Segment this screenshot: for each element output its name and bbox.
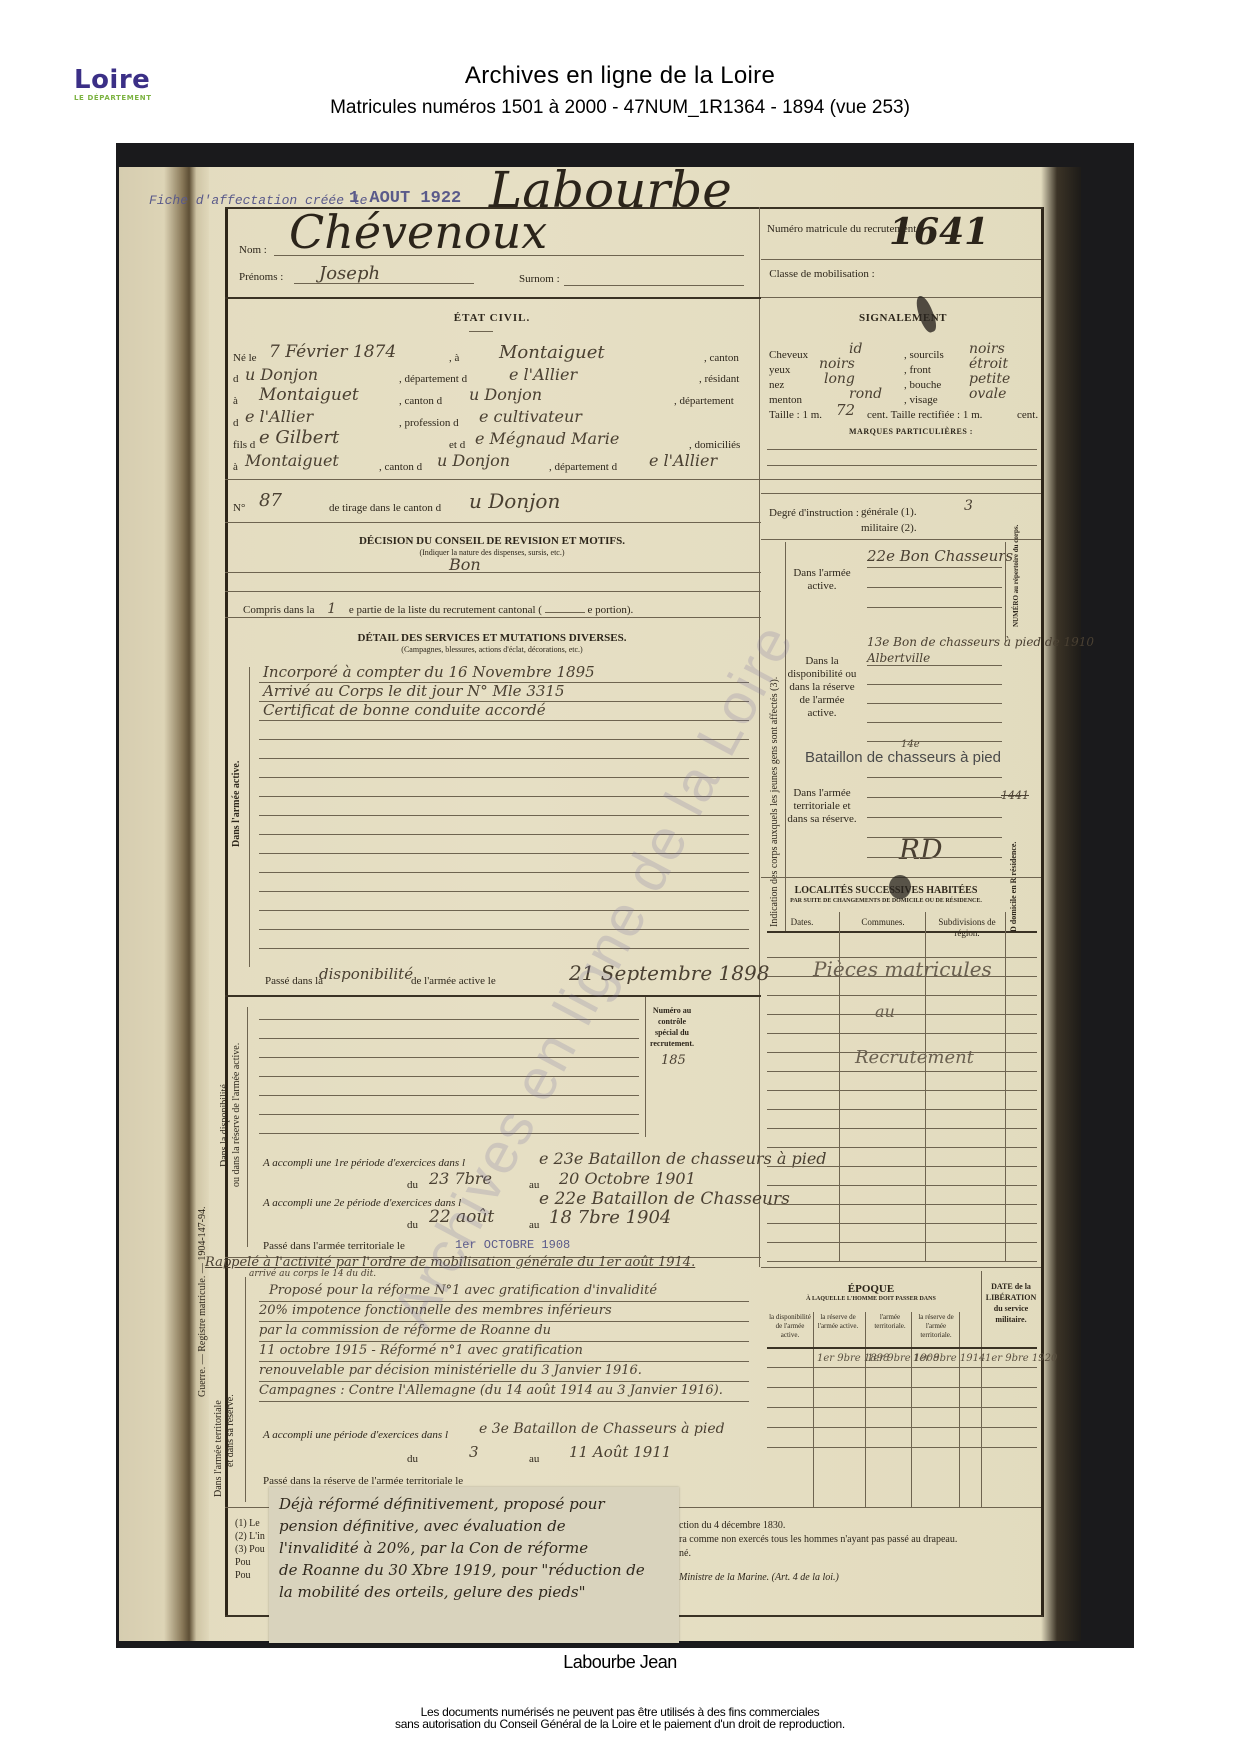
terr-rule [259,1361,749,1362]
passe-dispo-label-a: Passé dans la [265,975,323,987]
pasted-line: Déjà réformé définitivement, proposé pou… [279,1493,669,1515]
affectation-rule-line [867,837,1002,838]
profession-value: e cultivateur [479,407,582,426]
affectation-dispo-value-2: Albertville [867,651,930,665]
classe-rule [761,297,1041,298]
epoque-header-rule [767,1347,1037,1349]
epoque-heading: ÉPOQUE [761,1283,981,1295]
compris-label-a: Compris dans la [243,604,315,616]
affectation-rule-line [867,665,1002,666]
terr-periode-unit: e 3e Bataillon de Chasseurs à pied [479,1421,725,1437]
affectation-rule-line [867,607,1002,608]
page-gutter [119,167,209,1641]
numero-controle-label: Numéro au contrôle spécial du recrutemen… [647,1005,697,1049]
localites-note: au [875,1002,895,1021]
cent-label: cent. [1017,409,1038,421]
epoque-col-divider [865,1312,866,1507]
epoque-col-divider [911,1312,912,1507]
periode1-au: 20 Octobre 1901 [559,1169,696,1188]
affectation-dispo-value-1: 13e Bon de chasseurs à pied de 1910 [867,635,1094,649]
d2-label: d [233,417,239,429]
services-bracket [249,667,250,967]
footnote-right: Ministre de la Marine. (Art. 4 de la loi… [679,1571,957,1585]
epoque-subheading: À LAQUELLE L'HOMME DOIT PASSER DANS [761,1296,981,1302]
frame-right [1041,207,1044,1617]
affectation-rule-line [867,684,1002,685]
localites-row [767,1071,1037,1072]
territoriale-label: Passé dans l'armée territoriale le [263,1240,405,1252]
numero-repertoire-label: NUMÉRO au répertoire du corps. [1012,525,1020,627]
taille-rect-label: cent. Taille rectifiée : 1 m. [867,409,982,421]
numero-controle-value: 185 [661,1053,686,1068]
visage-value: ovale [969,386,1006,402]
footnote-right: né. [679,1547,957,1561]
service-rule [259,929,749,930]
classe-label: Classe de mobilisation : [767,268,877,281]
a3-label: à [233,461,238,473]
a2-value: Montaiguet [259,385,359,405]
menton-label: menton [769,394,802,406]
ne-a-value: Montaiguet [499,342,605,363]
terr-periode-du: 3 [469,1443,479,1461]
page-title: Archives en ligne de la Loire [0,62,1240,90]
footnote: (3) Pou [235,1543,265,1556]
periode2-unit: e 22e Bataillon de Chasseurs [539,1189,790,1209]
affectation-terr-num: 1441 [1001,789,1029,802]
localites-col-header: D domicile en R résidence. [1009,842,1018,932]
affectation-rule-line [867,703,1002,704]
taille-label: Taille : 1 m. [769,409,822,421]
localites-note: Recrutement [855,1047,974,1068]
image-caption: Labourbe Jean [0,1652,1240,1673]
matricule-rule [761,259,1041,260]
decision-rule-1 [225,572,761,573]
affectation-rule-line [867,587,1002,588]
localites-note: Pièces matricules [813,957,992,981]
periode1-label: A accompli une 1re période d'exercices d… [263,1157,465,1169]
compris-portion [545,612,585,613]
d1-label: d [233,373,239,385]
terr-line: Campagnes : Contre l'Allemagne (du 14 ao… [259,1383,723,1398]
service-line: Arrivé au Corps le dit jour N° Mle 3315 [263,682,565,700]
nez-value: long [824,371,855,387]
surnom-rule [564,285,744,286]
instruction-label: Degré d'instruction : [769,507,849,520]
dispo-side-label-2: ou dans la réserve de l'armée active. [231,1043,242,1187]
residant-label: , résidant [699,373,739,385]
services-rule [225,995,761,997]
yeux-label: yeux [769,364,790,376]
legal-line-2: sans autorisation du Conseil Général de … [0,1718,1240,1730]
service-rule [259,720,749,721]
affectation-dispo-label: Dans la disponibilité ou dans la réserve… [787,655,857,720]
epoque-col-divider [813,1312,814,1507]
localites-row [767,1147,1037,1148]
canton2-label: , canton d [399,395,442,407]
ne-a-label: , à [449,352,459,364]
dispo-rule-line [259,1076,639,1077]
margin-text: Guerre. — Registre matricule. — 1904-147… [197,1206,208,1397]
nom-value: Chévenoux [289,205,547,259]
tirage-rule [225,522,761,523]
terr-side-label-2: et dans sa réserve. [225,1394,236,1467]
menton-value: rond [849,386,882,402]
a2-label: à [233,395,238,407]
terr-line: 11 octobre 1915 - Réformé n°1 avec grati… [259,1343,583,1358]
localites-row [767,1109,1037,1110]
service-line: Incorporé à compter du 16 Novembre 1895 [263,663,595,681]
pasted-note: Déjà réformé définitivement, proposé pou… [269,1487,679,1643]
terr-periode-au: 11 Août 1911 [569,1443,671,1461]
localites-row [767,1014,1037,1015]
nom-label: Nom : [239,244,267,256]
marques-rule-4 [761,493,1041,494]
marques-rule-2 [767,465,1037,466]
localites-row [767,1033,1037,1034]
pasted-line: de Roanne du 30 Xbre 1919, pour "réducti… [279,1559,669,1581]
a3-value: Montaiguet [245,451,339,470]
footnotes-left: (1) Le(2) L'in(3) PouPouPou [235,1517,265,1582]
decision-subheading: (Indiquer la nature des dispenses, sursi… [225,548,759,557]
canton3-value: u Donjon [437,451,510,470]
localites-col-header: Dates. [767,917,837,928]
page-edge [1041,167,1081,1641]
localites-col-header: Subdivisions de région. [929,917,1005,939]
localites-col-divider [1005,912,1006,1262]
tirage-label: de tirage dans le canton d [329,502,441,514]
sourcils-label: , sourcils [904,349,944,361]
fils-label: fils d [233,439,255,451]
cheveux-value: id [849,341,862,357]
epoque-row [767,1407,1037,1408]
localites-row [767,995,1037,996]
territoriale-bracket [245,1277,246,1502]
localites-subheading: PAR SUITE DE CHANGEMENTS DE DOMICILE OU … [761,898,1011,904]
page-subtitle: Matricules numéros 1501 à 2000 - 47NUM_1… [0,97,1240,119]
affectation-rule-line [867,817,1002,818]
epoque-col-header: la réserve de l'armée active. [815,1313,861,1331]
terr-rule [259,1301,749,1302]
footnotes-right: ction du 4 décembre 1830.ra comme non ex… [679,1519,957,1585]
compris-label-b: e partie de la liste du recrutement cant… [349,604,542,616]
localites-row [767,1166,1037,1167]
affectation-rule-line [867,722,1002,723]
register-page: Guerre. — Registre matricule. — 1904-147… [119,167,1081,1641]
localites-row [767,1090,1037,1091]
epoque-col-header: l'armée territoriale. [867,1313,913,1331]
service-rule [259,739,749,740]
localites-row [767,1261,1037,1262]
epoque-col-header: la réserve de l'armée territoriale. [913,1313,959,1340]
bouche-label: , bouche [904,379,941,391]
terr-rule [259,1401,749,1402]
footnote: Pou [235,1556,265,1569]
footnote: Pou [235,1569,265,1582]
d2-value: e l'Allier [245,407,313,426]
periode2-du-label: du [407,1219,418,1231]
pasted-note-lines: Déjà réformé définitivement, proposé pou… [269,1487,679,1609]
periode2-au-label: au [529,1219,539,1231]
localites-heading: LOCALITÉS SUCCESSIVES HABITÉES [761,885,1011,896]
instruction-militaire-label: militaire (2). [861,522,917,534]
localites-row [767,1242,1037,1243]
fils-value: e Gilbert [259,427,339,448]
bouche-value: petite [969,371,1010,387]
localites-row [767,1223,1037,1224]
numero-divider [1005,542,1006,642]
epoque-col-divider [981,1271,982,1507]
tirage-number: 87 [259,490,282,511]
terr-reserve-label: Passé dans la réserve de l'armée territo… [263,1475,463,1487]
epoque-row [767,1387,1037,1388]
ne-le-label: Né le [233,352,257,364]
decision-rule-2 [225,591,761,592]
periode1-au-label: au [529,1179,539,1191]
passe-dispo-label-b: de l'armée active le [411,975,496,987]
heading-underline [469,331,493,332]
epoque-value: 1er 9bre 1920 [985,1353,1057,1364]
epoque-col-header: la disponibilité de l'armée active. [767,1313,813,1340]
ink-blot-2 [889,875,911,899]
instruction-rule [761,539,1041,540]
epoque-col-divider [959,1312,960,1507]
etat-civil-heading: ÉTAT CIVIL. [225,312,759,324]
rappel-sub: arrivé au corps le 14 du dit. [249,1269,376,1279]
dispo-rule-line [259,1133,639,1134]
terr-rule [259,1381,749,1382]
instruction-generale-label: générale (1). [861,506,917,518]
compris-partie: 1 [317,601,346,617]
footnote-right: ction du 4 décembre 1830. [679,1519,957,1533]
tirage-value: u Donjon [469,489,560,513]
affectation-divider [785,542,786,932]
decision-heading: DÉCISION DU CONSEIL DE REVISION ET MOTIF… [225,535,759,547]
canton3-label: , canton d [379,461,422,473]
affectation-stamp: Bataillon de chasseurs à pied [805,749,1001,766]
departement2-label: , département [674,395,734,407]
epoque-row [767,1367,1037,1368]
services-heading: DÉTAIL DES SERVICES ET MUTATIONS DIVERSE… [225,632,759,644]
etat-civil-rule [225,479,761,480]
marques-rule-1 [767,449,1037,450]
et-value: e Mégnaud Marie [475,429,619,448]
passe-dispo-value: disponibilité [319,965,413,983]
domicilies-label: , domiciliés [689,439,740,451]
matricule-value: 1641 [889,211,989,253]
terr-rule [259,1321,749,1322]
taille-cm: 72 [836,401,855,419]
footnote: (2) L'in [235,1530,265,1543]
affectation-terr-label: Dans l'armée territoriale et dans sa rés… [787,787,857,826]
epoque-row [767,1447,1037,1448]
marques-label: MARQUES PARTICULIÈRES : [849,427,973,436]
affectation-rule-line [867,797,1002,798]
terr-side-label-1: Dans l'armée territoriale [213,1400,224,1497]
affectation-rule-line [867,857,1002,858]
terr-line: par la commission de réforme de Roanne d… [259,1323,551,1338]
localites-row [767,1128,1037,1129]
terr-line: renouvelable par décision ministérielle … [259,1363,642,1378]
visage-label: , visage [904,394,938,406]
dispo-rule-line [259,1114,639,1115]
service-rule [259,948,749,949]
affectation-rule-line [867,741,1002,742]
ne-le-value: 7 Février 1874 [269,342,396,362]
periode2-au: 18 7bre 1904 [549,1207,671,1228]
terr-periode-du-label: du [407,1453,418,1465]
profession-label: , profession d [399,417,459,429]
canton-label: , canton [704,352,739,364]
epoque-row [767,1427,1037,1428]
numero-controle-divider [645,997,646,1137]
departement-value: e l'Allier [509,365,577,384]
nez-label: nez [769,379,784,391]
services-subheading: (Campagnes, blessures, actions d'éclat, … [225,645,759,654]
scanned-document: Guerre. — Registre matricule. — 1904-147… [116,143,1134,1648]
epoque-value: 1er 9bre 1914 [913,1353,985,1364]
dispo-bracket [247,1007,248,1247]
legal-notice: Les documents numérisés ne peuvent pas ê… [0,1706,1240,1730]
departement3-label: , département d [549,461,617,473]
sourcils-value: noirs [969,341,1005,357]
marques-rule-3 [761,479,1041,480]
matricule-label: Numéro matricule du recrutement : [767,223,877,236]
affectation-active-value: 22e Bon Chasseurs [867,547,1013,565]
terr-rule [259,1341,749,1342]
d1-value: u Donjon [245,365,318,384]
column-divider [759,207,760,1267]
service-line: Certificat de bonne conduite accordé [263,701,546,719]
pasted-line: pension définitive, avec évaluation de [279,1515,669,1537]
dispo-side-label-1: Dans la disponibilité [219,1084,230,1167]
pasted-line: l'invalidité à 20%, par la Con de réform… [279,1537,669,1559]
compris-line: Compris dans la 1 e partie de la liste d… [243,601,633,617]
prenoms-label: Prénoms : [239,271,283,283]
affectation-rule-line [867,567,1002,568]
terr-periode-label: A accompli une période d'exercices dans … [263,1429,448,1441]
front-value: étroit [969,356,1008,372]
section-rule [225,297,761,299]
affectation-active-label: Dans l'armée active. [787,567,857,593]
footnote: (1) Le [235,1517,265,1530]
canton2-value: u Donjon [469,385,542,404]
localites-row [767,1185,1037,1186]
yeux-value: noirs [819,356,855,372]
tirage-no-label: N° [233,502,245,514]
footnote-right: ra comme non exercés tous les hommes n'a… [679,1533,957,1547]
terr-periode-au-label: au [529,1453,539,1465]
front-label: , front [904,364,931,376]
dispo-rule-line [259,1095,639,1096]
instruction-generale-value: 3 [964,498,973,514]
prenoms-value: Joseph [319,263,380,284]
pasted-line: la mobilité des orteils, gelure des pied… [279,1581,669,1603]
cheveux-label: Cheveux [769,349,808,361]
localites-row [767,1204,1037,1205]
affectation-rule-line [867,777,1002,778]
service-rule [259,910,749,911]
epoque-top-rule [761,1267,1041,1268]
departement-label: , département d [399,373,467,385]
date-liberation-label: DATE de la LIBÉRATION du service militai… [983,1281,1039,1325]
periode1-du-label: du [407,1179,418,1191]
services-side-label: Dans l'armée active. [231,761,242,847]
et-label: et d [449,439,465,451]
departement3-value: e l'Allier [649,451,717,470]
surnom-label: Surnom : [519,273,560,285]
compris-label-c: e portion). [587,604,633,616]
compris-rule [225,617,761,618]
localites-col-header: Communes. [841,917,925,928]
